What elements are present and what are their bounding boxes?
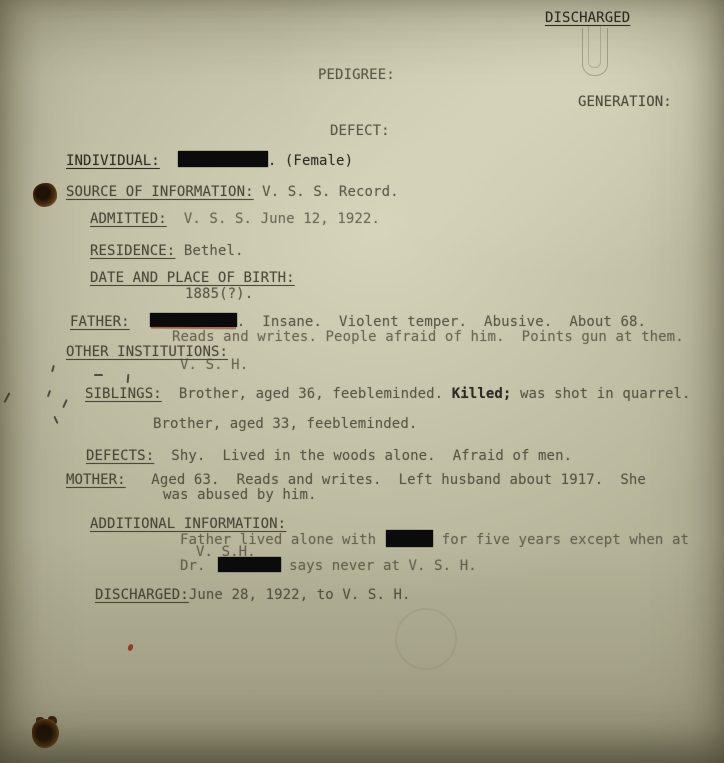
scanned-pedigree-record: DISCHARGED PEDIGREE: GENERATION: DEFECT:… [0, 0, 724, 763]
pen-tick [51, 365, 54, 372]
field-father-value: . Insane. Violent temper. Abusive. About… [237, 314, 646, 330]
heading-defect: DEFECT: [330, 123, 390, 139]
field-other-institutions-value: V. S. H. [180, 357, 248, 373]
redaction-bar [178, 151, 268, 167]
field-mother-value: Aged 63. Reads and writes. Left husband … [126, 472, 646, 488]
field-defects-label: DEFECTS: [86, 448, 154, 464]
field-individual: INDIVIDUAL:. (Female) [66, 151, 353, 169]
pen-tick [62, 399, 67, 408]
field-siblings-line2: Brother, aged 33, feebleminded. [153, 416, 417, 432]
additional-line3-before: Dr. [180, 558, 206, 574]
field-source-value: V. S. S. Record. [254, 184, 399, 200]
scan-vignette [0, 0, 724, 763]
heading-generation: GENERATION: [578, 94, 672, 110]
field-siblings-label: SIBLINGS: [85, 386, 162, 402]
field-residence-label: RESIDENCE: [90, 243, 175, 259]
field-discharged-label: DISCHARGED: [95, 587, 189, 603]
field-discharged-value: June 28, 1922, to V. S. H. [189, 587, 411, 603]
pen-tick [4, 392, 10, 402]
stamp-discharged: DISCHARGED [545, 10, 630, 26]
field-discharged: DISCHARGED:June 28, 1922, to V. S. H. [95, 587, 411, 603]
field-mother: MOTHER: Aged 63. Reads and writes. Left … [66, 472, 646, 488]
field-individual-value: . (Female) [268, 153, 353, 169]
field-defects-value: Shy. Lived in the woods alone. Afraid of… [154, 448, 572, 464]
field-source-label: SOURCE OF INFORMATION: [66, 184, 254, 200]
ink-stain-hole-top [33, 183, 57, 207]
field-mother-label: MOTHER: [66, 472, 126, 488]
field-residence: RESIDENCE: Bethel. [90, 243, 244, 259]
field-admitted-value: V. S. S. June 12, 1922. [167, 211, 380, 227]
field-admitted: ADMITTED: V. S. S. June 12, 1922. [90, 211, 380, 227]
redaction-bar [218, 557, 281, 572]
pen-tick [47, 390, 51, 397]
pen-tick [127, 374, 129, 383]
pen-dash [94, 374, 103, 376]
additional-line1-after: for five years except when at [433, 532, 689, 548]
field-additional-line3: Dr. says never at V. S. H. [180, 557, 477, 574]
field-father-line2: Reads and writes. People afraid of him. … [172, 329, 684, 345]
faint-seal-imprint [395, 608, 457, 670]
field-additional-line1: Father lived alone with for five years e… [180, 530, 689, 548]
redaction-bar [150, 313, 237, 327]
field-birth-value: 1885(?). [185, 286, 253, 302]
field-father-label: FATHER: [70, 314, 130, 330]
redaction-bar [386, 530, 433, 547]
field-siblings-value-emphasis: Killed; [452, 386, 512, 402]
pen-tick [53, 416, 58, 424]
field-individual-label: INDIVIDUAL: [66, 153, 160, 169]
field-siblings-value: Brother, aged 36, feebleminded. [162, 386, 452, 402]
field-defects: DEFECTS: Shy. Lived in the woods alone. … [86, 448, 572, 464]
field-mother-line2: was abused by him. [163, 487, 317, 503]
field-admitted-label: ADMITTED: [90, 211, 167, 227]
ink-stain-hole-bottom [32, 719, 59, 748]
paperclip-imprint-inner [588, 26, 601, 68]
field-source: SOURCE OF INFORMATION: V. S. S. Record. [66, 184, 399, 200]
field-birth-label: DATE AND PLACE OF BIRTH: [90, 270, 295, 286]
heading-pedigree: PEDIGREE: [318, 67, 395, 83]
field-siblings-value-after: was shot in quarrel. [511, 386, 690, 402]
additional-line3-after: says never at V. S. H. [281, 558, 477, 574]
field-residence-value: Bethel. [175, 243, 243, 259]
field-siblings: SIBLINGS: Brother, aged 36, feebleminded… [85, 386, 691, 402]
red-speck [127, 643, 134, 651]
